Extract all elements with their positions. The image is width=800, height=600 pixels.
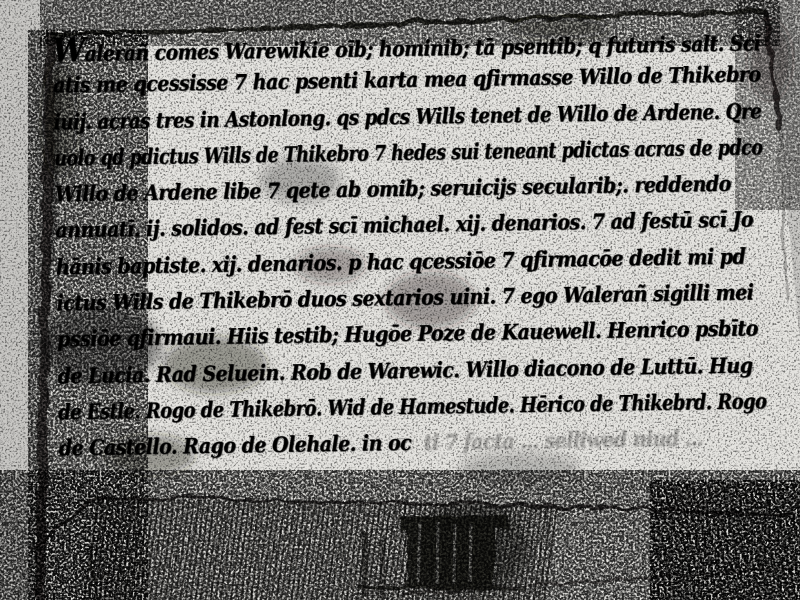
manuscript-line-text: iuij. acras tres in Astonlong. qs pdcs W… bbox=[53, 99, 761, 135]
manuscript-line-text: de Estle. Rogo de Thikebrō. Wid de Hames… bbox=[58, 389, 767, 425]
manuscript-line-text: atis me qcessisse 7 hac psenti karta mea… bbox=[53, 63, 761, 99]
manuscript-line-text: Willo de Ardene libe 7 qete ab omib; ser… bbox=[55, 172, 731, 208]
manuscript-line-text: uolo qd pdictus Wills de Thikebro 7 hede… bbox=[54, 135, 763, 171]
manuscript-line-text: de Castello. Rago de Olehale. in oc bbox=[59, 431, 412, 462]
manuscript-line-text: de Lucia. Rad Seluein. Rob de Warewic. W… bbox=[57, 353, 752, 389]
manuscript-text: Walerañ comes Warewikie oīb; hominib; tā… bbox=[52, 20, 800, 468]
manuscript-line-text: pssiōe qfirmaui. Hiis testib; Hugōe Poze… bbox=[57, 317, 758, 353]
manuscript-line-text: hānis baptiste. xij. denarios. p hac qce… bbox=[56, 244, 746, 280]
manuscript-faint-text: ti 7 facta ... selliwed niud ... bbox=[411, 427, 703, 457]
grain-right-column bbox=[650, 480, 800, 600]
charter-photo: Walerañ comes Warewikie oīb; hominib; tā… bbox=[0, 0, 800, 600]
manuscript-line-text: annuatī. ij. solidos. ad fest scī michae… bbox=[55, 208, 753, 244]
manuscript-line-text: ictus Wills de Thikebrō duos sextarios u… bbox=[56, 281, 753, 317]
